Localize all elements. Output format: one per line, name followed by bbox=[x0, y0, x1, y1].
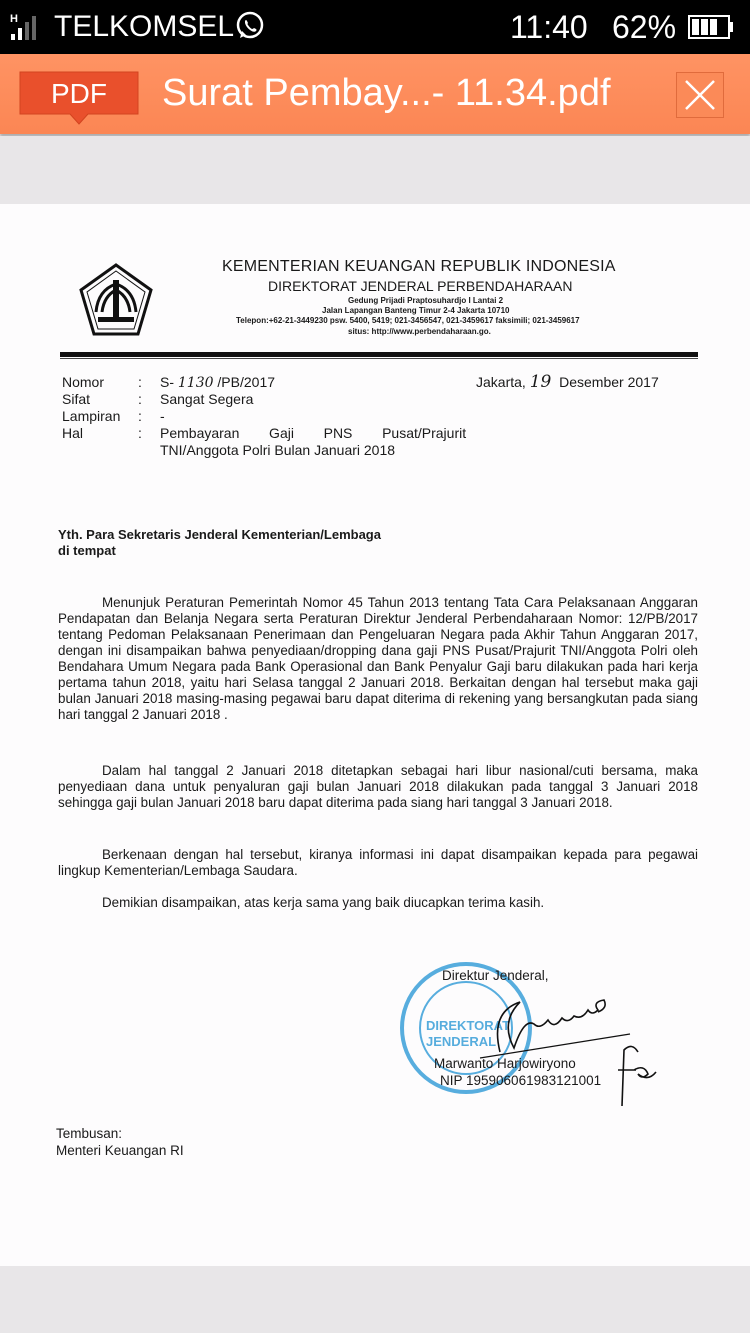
meta-sep: : bbox=[138, 374, 142, 390]
meta-label-sifat: Sifat bbox=[62, 391, 90, 407]
meta-label-hal: Hal bbox=[62, 425, 83, 441]
addressee-line-1: Yth. Para Sekretaris Jenderal Kementeria… bbox=[58, 527, 381, 543]
battery-percent: 62% bbox=[612, 10, 676, 44]
addressee: Yth. Para Sekretaris Jenderal Kementeria… bbox=[58, 527, 381, 559]
nomor-handwritten: 1130 bbox=[178, 375, 214, 391]
ministry-logo-icon bbox=[78, 262, 154, 338]
body-paragraph-1: Menunjuk Peraturan Pemerintah Nomor 45 T… bbox=[58, 595, 698, 723]
meta-sep: : bbox=[138, 408, 142, 424]
body-paragraph-2: Dalam hal tanggal 2 Januari 2018 ditetap… bbox=[58, 763, 698, 811]
letterhead-website: situs: http://www.perbendaharaan.go. bbox=[348, 327, 491, 336]
carbon-copy: Tembusan: Menteri Keuangan RI bbox=[56, 1125, 184, 1159]
file-title: Surat Pembay...- 11.34.pdf bbox=[162, 70, 611, 116]
meta-value-sifat: Sangat Segera bbox=[160, 391, 253, 407]
meta-value-lampiran: - bbox=[160, 408, 165, 424]
date-day-handwritten: 19 bbox=[530, 372, 552, 392]
initial-paraf-icon bbox=[610, 1040, 660, 1110]
signal-icon: H bbox=[10, 12, 40, 42]
meta-label-nomor: Nomor bbox=[62, 374, 104, 390]
nomor-prefix: S- bbox=[160, 374, 174, 390]
cc-recipient: Menteri Keuangan RI bbox=[56, 1142, 184, 1159]
meta-value-nomor: S- 1130 /PB/2017 bbox=[160, 374, 275, 391]
svg-text:H: H bbox=[10, 13, 18, 25]
body-paragraph-4: Demikian disampaikan, atas kerja sama ya… bbox=[58, 895, 698, 911]
signatory-name: Marwanto Harjowiryono bbox=[434, 1056, 576, 1072]
letterhead-divider-thin bbox=[60, 358, 698, 359]
pdf-badge-label: PDF bbox=[18, 78, 140, 110]
signatory-position: Direktur Jenderal, bbox=[442, 968, 549, 984]
cc-label: Tembusan: bbox=[56, 1125, 184, 1142]
carrier-name: TELKOMSEL bbox=[54, 10, 234, 44]
letterhead-divider bbox=[60, 352, 698, 357]
paragraph-text: Menunjuk Peraturan Pemerintah Nomor 45 T… bbox=[58, 595, 698, 722]
nomor-suffix: /PB/2017 bbox=[217, 374, 275, 390]
letterhead-directorate: DIREKTORAT JENDERAL PERBENDAHARAAN bbox=[268, 278, 572, 294]
addressee-line-2: di tempat bbox=[58, 543, 381, 559]
meta-sep: : bbox=[138, 425, 142, 441]
letterhead-phone: Telepon:+62-21-3449230 psw. 5400, 5419; … bbox=[236, 316, 580, 325]
meta-sep: : bbox=[138, 391, 142, 407]
letterhead-ministry: KEMENTERIAN KEUANGAN REPUBLIK INDONESIA bbox=[222, 258, 616, 276]
close-button[interactable] bbox=[676, 72, 724, 118]
letterhead-building: Gedung Prijadi Praptosuhardjo I Lantai 2 bbox=[348, 296, 503, 305]
clock: 11:40 bbox=[510, 10, 588, 44]
meta-label-lampiran: Lampiran bbox=[62, 408, 120, 424]
paragraph-text: Dalam hal tanggal 2 Januari 2018 ditetap… bbox=[58, 763, 698, 810]
pdf-badge: PDF bbox=[18, 70, 140, 118]
letter-date: Jakarta, 19 Desember 2017 bbox=[476, 374, 659, 390]
signatory-nip: NIP 195906061983121001 bbox=[440, 1073, 601, 1089]
whatsapp-icon bbox=[234, 10, 266, 42]
date-month-year: Desember 2017 bbox=[559, 374, 659, 390]
status-bar: H TELKOMSEL 11:40 62% bbox=[0, 0, 750, 54]
body-paragraph-3: Berkenaan dengan hal tersebut, kiranya i… bbox=[58, 847, 698, 879]
date-city: Jakarta, bbox=[476, 374, 526, 390]
paragraph-text: Demikian disampaikan, atas kerja sama ya… bbox=[102, 895, 544, 910]
meta-value-hal: Pembayaran Gaji PNS Pusat/Prajurit bbox=[160, 425, 466, 441]
letterhead-street: Jalan Lapangan Banteng Timur 2-4 Jakarta… bbox=[322, 306, 509, 315]
app-bar: PDF Surat Pembay...- 11.34.pdf bbox=[0, 54, 750, 134]
paragraph-text: Berkenaan dengan hal tersebut, kiranya i… bbox=[58, 847, 698, 878]
meta-value-hal-line2: TNI/Anggota Polri Bulan Januari 2018 bbox=[160, 442, 395, 458]
close-icon bbox=[677, 73, 723, 117]
battery-icon bbox=[688, 15, 734, 39]
